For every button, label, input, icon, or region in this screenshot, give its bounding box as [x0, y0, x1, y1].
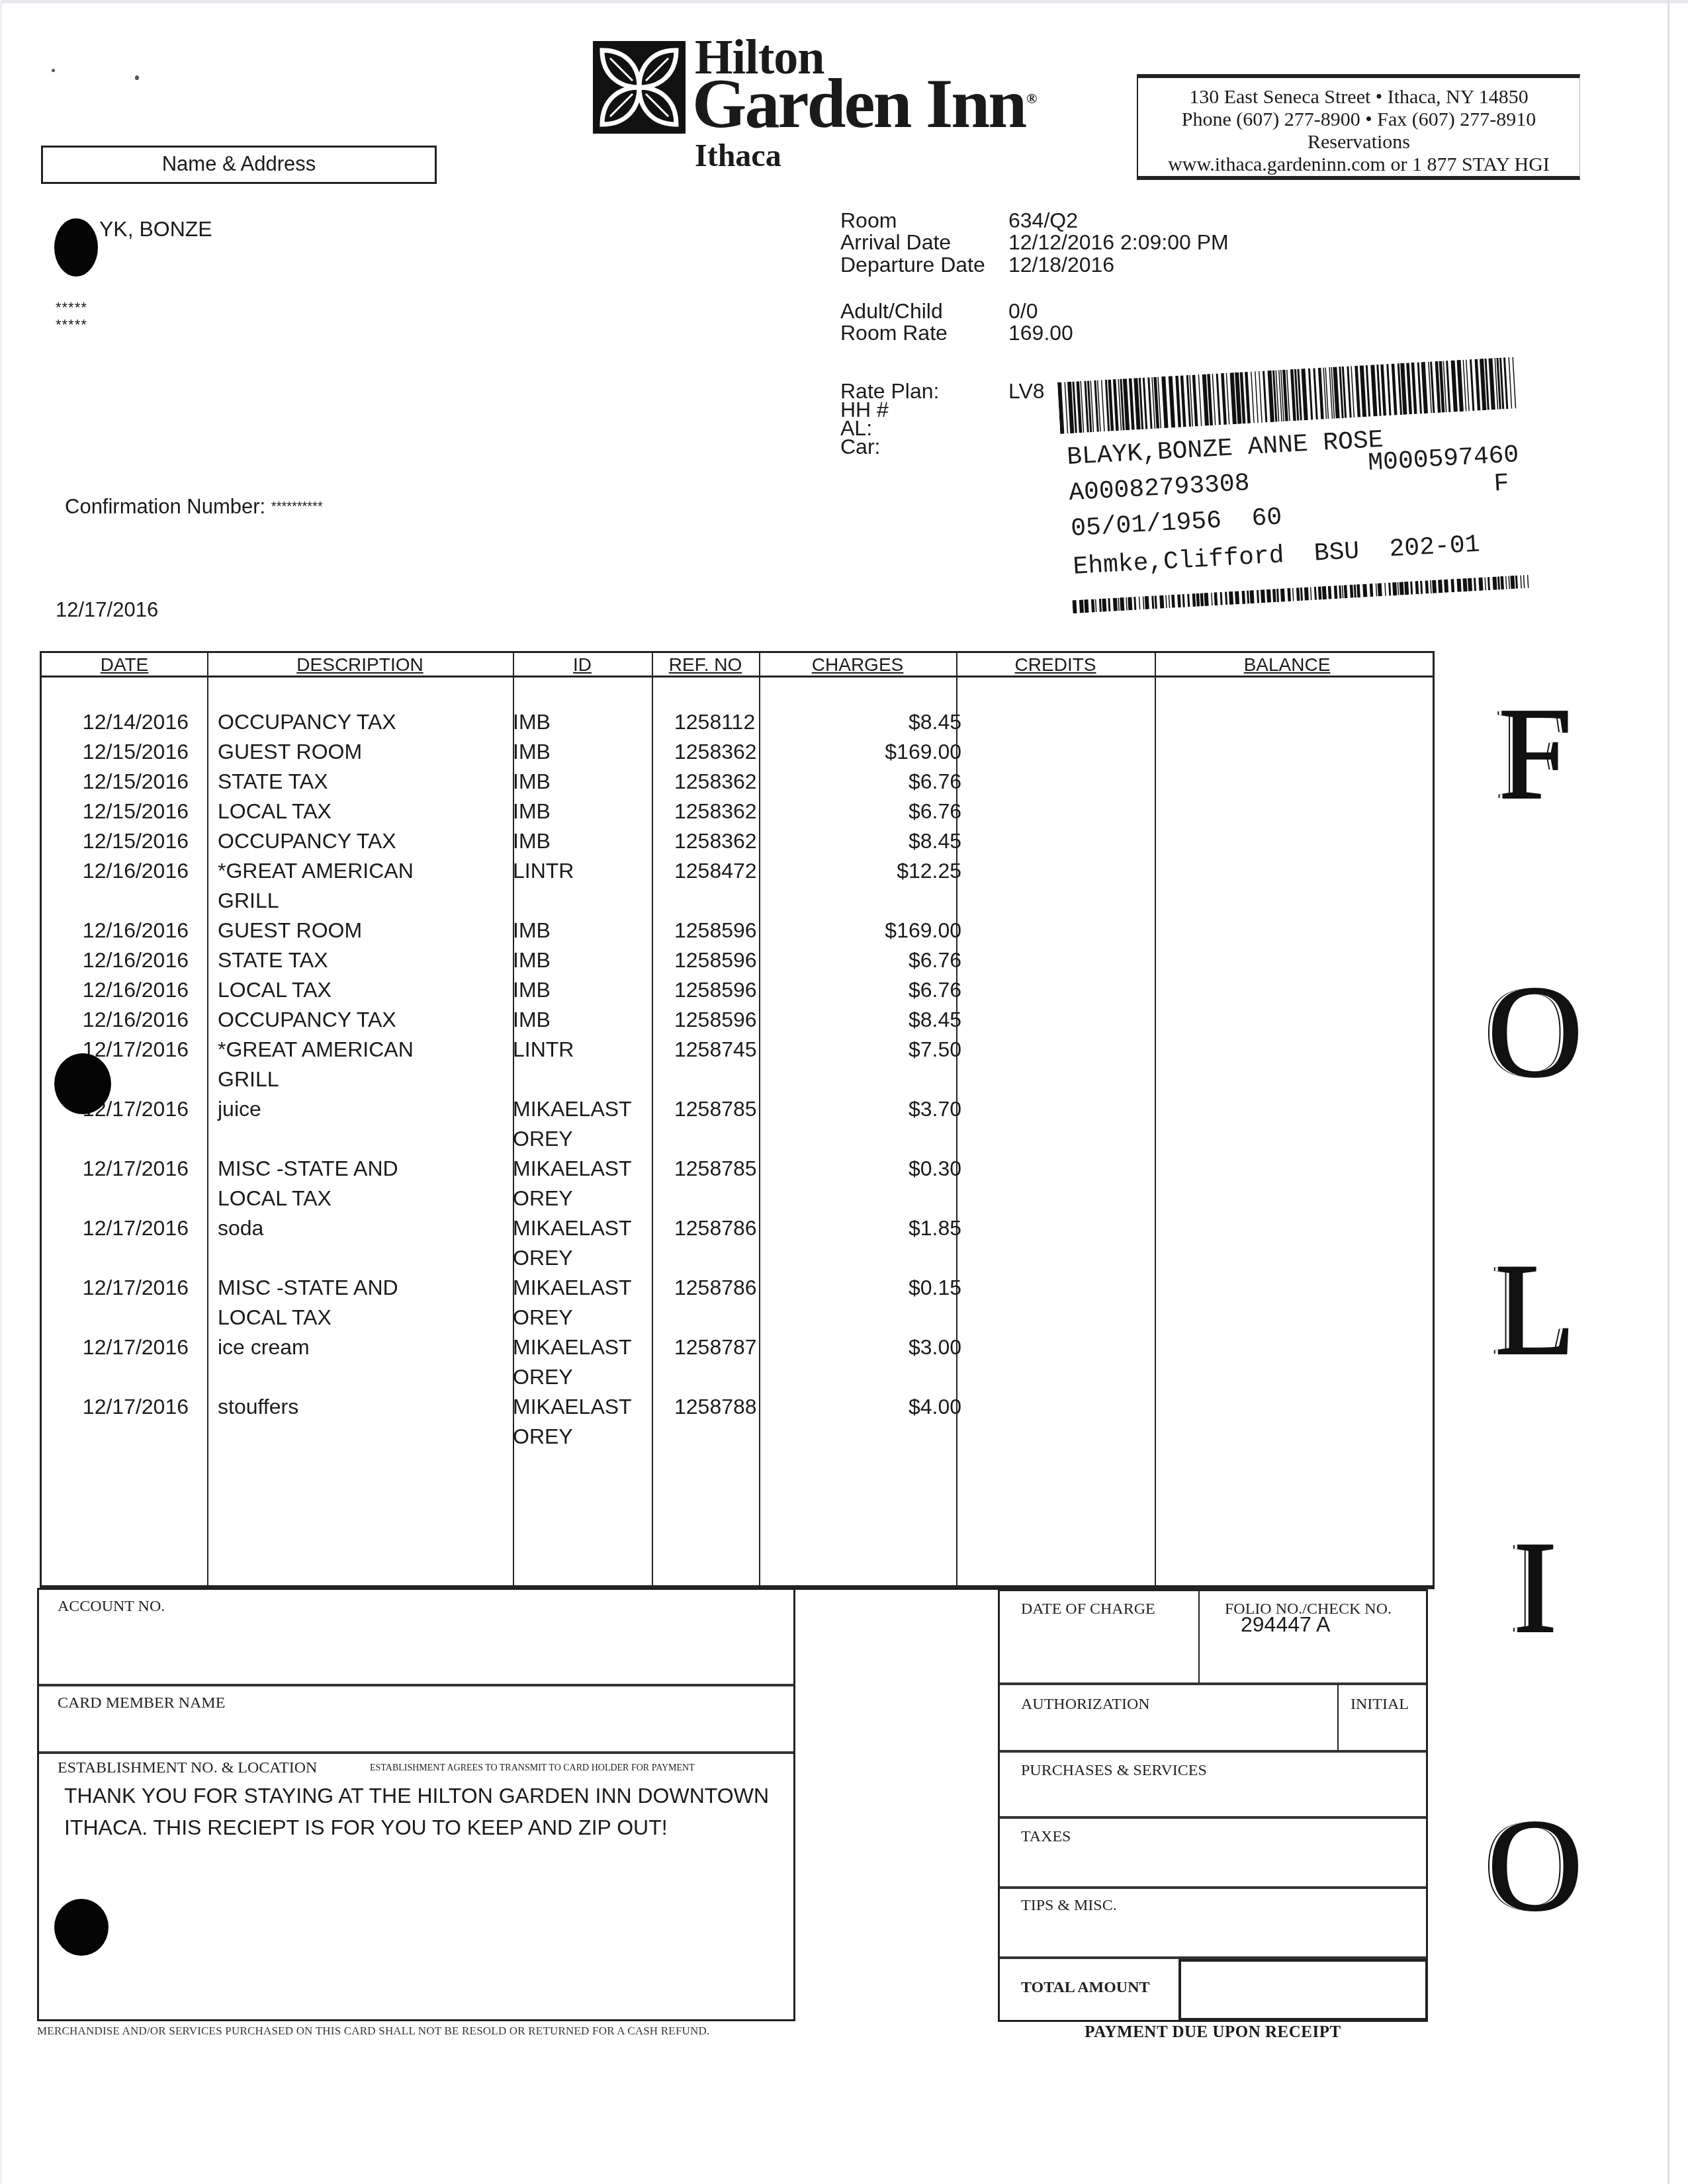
- hotel-address-line: 130 East Seneca Street • Ithaca, NY 1485…: [1138, 86, 1579, 109]
- confirmation-label: Confirmation Number:: [65, 495, 265, 518]
- thank-you-message: THANK YOU FOR STAYING AT THE HILTON GARD…: [64, 1780, 792, 1843]
- date-of-charge-label: DATE OF CHARGE: [1021, 1600, 1155, 1618]
- room-rate-value: 169.00: [1008, 322, 1073, 344]
- cell-description: OCCUPANCY TAX: [218, 707, 396, 737]
- cell-description-cont: GRILL: [218, 886, 279, 916]
- cell-id: IMB: [513, 826, 551, 856]
- table-row: 12/17/2016sodaMIKAELASTOREY1258786$1.85: [42, 1213, 1433, 1273]
- cell-date: 12/15/2016: [42, 767, 189, 797]
- cell-ref-no: 1258786: [674, 1273, 757, 1303]
- cell-id: IMB: [513, 1005, 551, 1035]
- cell-id-cont: OREY: [513, 1422, 573, 1452]
- table-row: 12/16/2016LOCAL TAXIMB1258596$6.76: [42, 975, 1433, 1005]
- col-header-description: DESCRIPTION: [207, 653, 513, 677]
- hotel-website-line: www.ithaca.gardeninn.com or 1 877 STAY H…: [1138, 153, 1579, 176]
- account-no-label: ACCOUNT NO.: [58, 1598, 165, 1616]
- cell-charge: $0.30: [756, 1154, 961, 1184]
- guest-address-line-2: *****: [56, 316, 87, 333]
- folio-title-letter: L: [1482, 1244, 1588, 1376]
- hotel-reservations-label: Reservations: [1138, 131, 1579, 153]
- form-divider: [39, 1684, 793, 1686]
- cell-id: LINTR: [513, 856, 574, 886]
- folio-letter-o2: O: [1488, 1792, 1583, 1939]
- col-header-date: DATE: [42, 653, 207, 677]
- scan-speck: [135, 75, 139, 80]
- cell-charge: $12.25: [756, 856, 961, 886]
- table-row: 12/16/2016OCCUPANCY TAXIMB1258596$8.45: [42, 1005, 1433, 1035]
- cell-charge: $7.50: [756, 1035, 961, 1065]
- cell-description: GUEST ROOM: [218, 737, 362, 767]
- barcode-icon: [1057, 357, 1516, 433]
- cell-id: IMB: [513, 975, 551, 1005]
- form-divider: [795, 1588, 998, 1590]
- scan-edge-left: [0, 0, 2, 2184]
- cell-date: 12/17/2016: [42, 1154, 189, 1184]
- cell-id: IMB: [513, 916, 551, 945]
- table-row: 12/17/2016juiceMIKAELASTOREY1258785$3.70: [42, 1094, 1433, 1154]
- cell-description-cont: LOCAL TAX: [218, 1303, 332, 1332]
- cell-id: IMB: [513, 767, 551, 797]
- cell-charge: $1.85: [756, 1213, 961, 1243]
- cell-charge: $3.00: [756, 1332, 961, 1362]
- form-divider: [1000, 1816, 1426, 1819]
- payment-due-notice: PAYMENT DUE UPON RECEIPT: [998, 2023, 1428, 2042]
- cell-description-cont: GRILL: [218, 1065, 279, 1094]
- scan-speck: [52, 69, 55, 72]
- rate-plan-value: LV8: [1008, 380, 1045, 402]
- cell-id-cont: OREY: [513, 1362, 573, 1392]
- charges-table: DATE DESCRIPTION ID REF. NO CHARGES CRED…: [40, 651, 1435, 1589]
- cell-ref-no: 1258596: [674, 975, 757, 1005]
- refund-disclaimer: MERCHANDISE AND/OR SERVICES PURCHASED ON…: [37, 2025, 709, 2038]
- cell-date: 12/14/2016: [42, 707, 189, 737]
- cell-ref-no: 1258788: [674, 1392, 757, 1422]
- cell-date: 12/17/2016: [42, 1332, 189, 1362]
- initial-label: INITIAL: [1351, 1696, 1409, 1714]
- cell-description: MISC -STATE AND: [218, 1154, 398, 1184]
- cell-ref-no: 1258785: [674, 1154, 757, 1184]
- cell-id: MIKAELAST: [513, 1392, 632, 1422]
- cell-ref-no: 1258596: [674, 1005, 757, 1035]
- table-row: 12/17/2016*GREAT AMERICANGRILLLINTR12587…: [42, 1035, 1433, 1094]
- table-row: 12/16/2016STATE TAXIMB1258596$6.76: [42, 945, 1433, 975]
- barcode-account: A00082793308: [1068, 471, 1250, 506]
- table-row: 12/17/2016stouffersMIKAELASTOREY1258788$…: [42, 1392, 1433, 1452]
- cell-id: LINTR: [513, 1035, 574, 1065]
- cell-ref-no: 1258786: [674, 1213, 757, 1243]
- cell-description: *GREAT AMERICAN: [218, 856, 414, 886]
- guest-address-line-1: *****: [56, 299, 87, 316]
- table-row: 12/15/2016OCCUPANCY TAXIMB1258362$8.45: [42, 826, 1433, 856]
- redaction-mark: [54, 218, 98, 277]
- cell-charge: $0.15: [756, 1273, 961, 1303]
- hotel-phone-line: Phone (607) 277-8900 • Fax (607) 277-891…: [1138, 109, 1579, 131]
- card-form: ACCOUNT NO. CARD MEMBER NAME ESTABLISHME…: [37, 1588, 795, 2021]
- folio-letter-i: I: [1513, 1514, 1558, 1661]
- cell-description: GUEST ROOM: [218, 916, 362, 945]
- cell-date: 12/17/2016: [42, 1273, 189, 1303]
- cell-charge: $169.00: [756, 916, 961, 945]
- cell-date: 12/16/2016: [42, 1005, 189, 1035]
- col-header-charges: CHARGES: [759, 653, 956, 677]
- col-header-balance: BALANCE: [1155, 653, 1419, 677]
- cell-description: stouffers: [218, 1392, 298, 1422]
- cell-ref-no: 1258112: [674, 707, 755, 737]
- cell-charge: $8.45: [756, 707, 961, 737]
- form-divider: [39, 1751, 793, 1754]
- cell-date: 12/15/2016: [42, 826, 189, 856]
- patient-barcode-label: BLAYK,BONZE ANNE ROSE A00082793308 M0005…: [1057, 357, 1534, 627]
- cell-date: 12/16/2016: [42, 856, 189, 886]
- confirmation-value: **********: [271, 500, 323, 514]
- folio-title-letter: O: [1482, 1800, 1588, 1932]
- payment-summary-form: DATE OF CHARGE FOLIO NO./CHECK NO. 29444…: [998, 1589, 1428, 2022]
- cell-id: IMB: [513, 945, 551, 975]
- authorization-label: AUTHORIZATION: [1021, 1696, 1150, 1714]
- cell-charge: $8.45: [756, 826, 961, 856]
- document-date: 12/17/2016: [56, 598, 158, 622]
- cell-description: OCCUPANCY TAX: [218, 1005, 396, 1035]
- col-header-id: ID: [513, 653, 652, 677]
- arrival-date-value: 12/12/2016 2:09:00 PM: [1008, 231, 1229, 253]
- folio-title-letter: O: [1482, 966, 1588, 1098]
- brand-garden-inn: Garden Inn®: [692, 69, 1036, 139]
- cell-charge: $6.76: [756, 767, 961, 797]
- table-row: 12/16/2016GUEST ROOMIMB1258596$169.00: [42, 916, 1433, 945]
- cell-ref-no: 1258787: [674, 1332, 757, 1362]
- form-divider: [1198, 1591, 1200, 1684]
- cell-description: LOCAL TAX: [218, 797, 332, 826]
- table-row: 12/15/2016STATE TAXIMB1258362$6.76: [42, 767, 1433, 797]
- table-row: 12/17/2016MISC -STATE ANDLOCAL TAXMIKAEL…: [42, 1273, 1433, 1332]
- col-header-ref-no: REF. NO: [652, 653, 759, 677]
- cell-date: 12/17/2016: [42, 1392, 189, 1422]
- folio-letter-l: L: [1495, 1237, 1576, 1383]
- scan-edge-right: [1667, 0, 1669, 2184]
- barcode-name: BLAYK,BONZE ANNE ROSE: [1066, 428, 1384, 471]
- table-row: 12/15/2016GUEST ROOMIMB1258362$169.00: [42, 737, 1433, 767]
- col-header-credits: CREDITS: [956, 653, 1155, 677]
- cell-description: soda: [218, 1213, 263, 1243]
- cell-ref-no: 1258362: [674, 767, 757, 797]
- brand-garden-inn-text: Garden Inn: [692, 65, 1025, 142]
- cell-charge: $6.76: [756, 945, 961, 975]
- redaction-mark: [54, 1899, 109, 1956]
- departure-date-value: 12/18/2016: [1008, 253, 1114, 276]
- cell-ref-no: 1258596: [674, 916, 757, 945]
- cell-date: 12/17/2016: [42, 1213, 189, 1243]
- total-amount-label: TOTAL AMOUNT: [1021, 1979, 1149, 1997]
- folio-title-letter: I: [1482, 1522, 1588, 1654]
- cell-id-cont: OREY: [513, 1124, 573, 1154]
- total-amount-field[interactable]: [1178, 1959, 1428, 2021]
- cell-description: STATE TAX: [218, 945, 328, 975]
- form-divider: [1000, 1886, 1426, 1889]
- room-label: Room: [840, 209, 897, 232]
- barcode-dob-age: 05/01/1956 60: [1070, 505, 1282, 542]
- cell-ref-no: 1258362: [674, 797, 757, 826]
- cell-date: 12/15/2016: [42, 797, 189, 826]
- car-label: Car:: [840, 435, 880, 458]
- cell-description: ice cream: [218, 1332, 310, 1362]
- cell-ref-no: 1258362: [674, 826, 757, 856]
- cell-id: IMB: [513, 737, 551, 767]
- cell-charge: $169.00: [756, 737, 961, 767]
- taxes-label: TAXES: [1021, 1828, 1071, 1846]
- cell-ref-no: 1258362: [674, 737, 757, 767]
- cell-date: 12/16/2016: [42, 916, 189, 945]
- table-row: 12/17/2016MISC -STATE ANDLOCAL TAXMIKAEL…: [42, 1154, 1433, 1213]
- cell-id: MIKAELAST: [513, 1332, 632, 1362]
- establishment-label: ESTABLISHMENT NO. & LOCATION: [58, 1759, 317, 1777]
- folio-letter-f: F: [1498, 681, 1572, 827]
- cell-id: IMB: [513, 707, 551, 737]
- folio-letter-o: O: [1488, 959, 1583, 1105]
- cell-ref-no: 1258785: [674, 1094, 757, 1124]
- redaction-mark: [54, 1053, 111, 1114]
- form-divider: [1000, 1682, 1426, 1685]
- table-row: 12/17/2016ice creamMIKAELASTOREY1258787$…: [42, 1332, 1433, 1392]
- room-rate-label: Room Rate: [840, 322, 948, 344]
- adult-child-label: Adult/Child: [840, 300, 943, 322]
- cell-date: 12/15/2016: [42, 737, 189, 767]
- cell-charge: $6.76: [756, 797, 961, 826]
- table-row: 12/15/2016LOCAL TAXIMB1258362$6.76: [42, 797, 1433, 826]
- tips-misc-label: TIPS & MISC.: [1021, 1897, 1117, 1915]
- cell-id: MIKAELAST: [513, 1154, 632, 1184]
- cell-date: 12/16/2016: [42, 975, 189, 1005]
- cell-charge: $3.70: [756, 1094, 961, 1124]
- adult-child-value: 0/0: [1008, 300, 1038, 322]
- cell-ref-no: 1258596: [674, 945, 757, 975]
- cell-description: juice: [218, 1094, 261, 1124]
- barcode-icon: [1072, 575, 1529, 613]
- cell-id: MIKAELAST: [513, 1213, 632, 1243]
- purchases-services-label: PURCHASES & SERVICES: [1021, 1762, 1207, 1780]
- cell-charge: $6.76: [756, 975, 961, 1005]
- cell-charge: $4.00: [756, 1392, 961, 1422]
- cell-description: LOCAL TAX: [218, 975, 332, 1005]
- departure-date-label: Departure Date: [840, 253, 985, 276]
- room-value: 634/Q2: [1008, 209, 1078, 232]
- name-address-header: Name & Address: [41, 146, 437, 184]
- cell-description: STATE TAX: [218, 767, 328, 797]
- form-divider: [1337, 1684, 1339, 1751]
- folio-check-value: 294447 A: [1241, 1612, 1330, 1637]
- cell-charge: $8.45: [756, 1005, 961, 1035]
- cell-date: 12/16/2016: [42, 945, 189, 975]
- cell-description: MISC -STATE AND: [218, 1273, 398, 1303]
- registered-mark: ®: [1026, 90, 1035, 107]
- brand-city: Ithaca: [695, 140, 781, 172]
- table-row: 12/16/2016*GREAT AMERICANGRILLLINTR12584…: [42, 856, 1433, 916]
- hilton-garden-inn-flower-icon: [593, 41, 686, 134]
- establishment-note: ESTABLISHMENT AGREES TO TRANSMIT TO CARD…: [370, 1763, 695, 1774]
- form-divider: [1000, 1750, 1426, 1753]
- header-rule: [42, 676, 1433, 677]
- card-member-name-label: CARD MEMBER NAME: [58, 1694, 225, 1712]
- cell-description-cont: LOCAL TAX: [218, 1184, 332, 1213]
- hotel-address-box: 130 East Seneca Street • Ithaca, NY 1485…: [1137, 74, 1580, 180]
- arrival-date-label: Arrival Date: [840, 231, 951, 253]
- table-row: 12/14/2016OCCUPANCY TAXIMB1258112$8.45: [42, 707, 1433, 737]
- cell-id-cont: OREY: [513, 1303, 573, 1332]
- cell-ref-no: 1258472: [674, 856, 757, 886]
- folio-title-letter: F: [1482, 688, 1588, 820]
- cell-id: MIKAELAST: [513, 1273, 632, 1303]
- barcode-sex: F: [1493, 471, 1510, 497]
- cell-description: *GREAT AMERICAN: [218, 1035, 414, 1065]
- cell-id: MIKAELAST: [513, 1094, 632, 1124]
- cell-id: IMB: [513, 797, 551, 826]
- cell-description: OCCUPANCY TAX: [218, 826, 396, 856]
- cell-id-cont: OREY: [513, 1184, 573, 1213]
- scan-edge-top: [0, 0, 1688, 3]
- cell-ref-no: 1258745: [674, 1035, 757, 1065]
- cell-id-cont: OREY: [513, 1243, 573, 1273]
- confirmation-number: Confirmation Number: **********: [65, 495, 323, 519]
